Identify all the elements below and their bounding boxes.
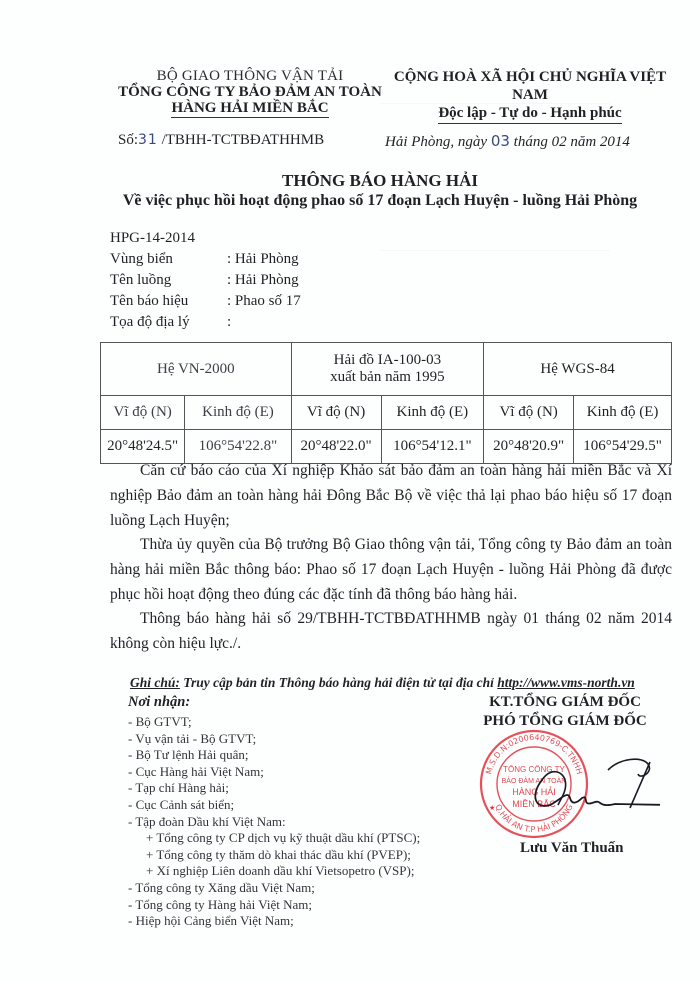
notice-subject: Về việc phục hồi hoạt động phao số 17 đo… [90,191,670,211]
note-label: Ghi chú: [130,675,180,690]
date-suffix: tháng 02 năm 2014 [514,134,630,150]
list-item: - Tổng công ty Xăng dầu Việt Nam; [128,880,420,897]
coordinates-table: Hệ VN-2000 Hải đồ IA-100-03 xuất bản năm… [100,342,672,464]
recipients-title: Nơi nhận: [128,694,190,711]
info-value: : Phao số 17 [227,291,301,312]
table-column-header-row: Vĩ độ (N) Kinh độ (E) Vĩ độ (N) Kinh độ … [101,396,672,430]
info-row: Tên luồng : Hải Phòng [110,270,301,291]
recipients-list: - Bộ GTVT; - Vụ vận tải - Bộ GTVT; - Bộ … [128,714,420,930]
body-paragraph-1: Căn cứ báo cáo của Xí nghiệp Khảo sát bả… [110,458,672,533]
list-item: - Hiệp hội Cảng biển Việt Nam; [128,913,420,930]
republic-title: CỘNG HOÀ XÃ HỘI CHỦ NGHĨA VIỆT NAM [380,68,680,104]
body-paragraph-2: Thừa ủy quyền của Bộ trưởng Bộ Giao thôn… [110,532,672,607]
info-label: Tọa độ địa lý [110,312,227,333]
notice-main-title: THÔNG BÁO HÀNG HẢI [90,171,670,191]
list-item: - Cục Cảnh sát biển; [128,797,420,814]
issuer-header: BỘ GIAO THÔNG VẬN TẢI TỔNG CÔNG TY BẢO Đ… [100,68,400,118]
list-sub-item: + Xí nghiệp Liên doanh dầu khí Vietsopet… [128,863,420,880]
note-line: Ghi chú: Truy cập bản tin Thông báo hàng… [130,675,635,691]
column-header: Vĩ độ (N) [101,396,185,430]
info-value: : [227,312,231,333]
list-item: - Cục Hàng hải Việt Nam; [128,764,420,781]
info-value: : Hải Phòng [227,270,299,291]
signer-name: Lưu Văn Thuấn [520,840,624,857]
note-text: Truy cập bản tin Thông báo hàng hải điện… [180,675,497,690]
info-value: : Hải Phòng [227,249,299,270]
paragraph-text: Căn cứ báo cáo của Xí nghiệp Khảo sát bả… [110,462,672,529]
column-header: Vĩ độ (N) [291,396,381,430]
list-item: - Bộ Tư lệnh Hải quân; [128,747,420,764]
list-item: - Vụ vận tải - Bộ GTVT; [128,731,420,748]
signature-block: KT.TỔNG GIÁM ĐỐC PHÓ TỔNG GIÁM ĐỐC [450,693,680,731]
group-header-vn2000: Hệ VN-2000 [101,343,292,396]
company-name-line1: TỔNG CÔNG TY BẢO ĐẢM AN TOÀN [100,84,400,100]
chart-label-line1: Hải đồ IA-100-03 [292,352,484,369]
column-header: Vĩ độ (N) [484,396,574,430]
group-header-wgs84: Hệ WGS-84 [484,343,672,396]
chart-label-line2: xuất bản năm 1995 [292,369,484,386]
list-item: - Bộ GTVT; [128,714,420,731]
list-item: - Tạp chí Hàng hải; [128,780,420,797]
website-link[interactable]: http://www.vms-north.vn [497,675,635,690]
doc-number-handwritten: 31 [138,132,158,148]
document-number: Số:31 /TBHH-TCTBĐATHHMB [118,132,324,149]
info-row: Tên báo hiệu : Phao số 17 [110,291,301,312]
document-date: Hải Phòng, ngày 03 tháng 02 năm 2014 [385,132,630,151]
notice-title: THÔNG BÁO HÀNG HẢI Về việc phục hồi hoạt… [90,171,670,211]
national-motto: Độc lập - Tự do - Hạnh phúc [438,104,621,124]
column-header: Kinh độ (E) [381,396,484,430]
info-label: Tên luồng [110,270,227,291]
company-name-line2: HÀNG HẢI MIỀN BẮC [171,100,328,118]
doc-number-prefix: Số: [118,132,138,148]
group-header-chart: Hải đồ IA-100-03 xuất bản năm 1995 [291,343,484,396]
list-sub-item: + Tổng công ty thăm dò khai thác dầu khí… [128,847,420,864]
table-group-header-row: Hệ VN-2000 Hải đồ IA-100-03 xuất bản năm… [101,343,672,396]
list-sub-item: + Tổng công ty CP dịch vụ kỹ thuật dầu k… [128,830,420,847]
stamp-star-icon: ★ [489,804,495,812]
list-item: - Tổng công ty Hàng hải Việt Nam; [128,897,420,914]
notice-info: HPG-14-2014 Vùng biển : Hải Phòng Tên lu… [110,228,301,333]
show-through-line [380,250,610,251]
info-label: Vùng biển [110,249,227,270]
notice-code: HPG-14-2014 [110,228,301,249]
date-day-handwritten: 03 [491,132,510,150]
info-label: Tên báo hiệu [110,291,227,312]
date-prefix: Hải Phòng, ngày [385,134,487,150]
column-header: Kinh độ (E) [185,396,291,430]
handwritten-signature [520,750,660,830]
ministry-name: BỘ GIAO THÔNG VẬN TẢI [100,68,400,84]
list-item: - Tập đoàn Dầu khí Việt Nam: [128,814,420,831]
signature-title-line1: KT.TỔNG GIÁM ĐỐC [450,693,680,712]
paragraph-text: Thừa ủy quyền của Bộ trưởng Bộ Giao thôn… [110,536,672,603]
paragraph-text: Thông báo hàng hải số 29/TBHH-TCTBĐATHHM… [110,610,672,652]
national-header: CỘNG HOÀ XÃ HỘI CHỦ NGHĨA VIỆT NAM Độc l… [380,68,680,124]
column-header: Kinh độ (E) [574,396,672,430]
body-paragraph-3: Thông báo hàng hải số 29/TBHH-TCTBĐATHHM… [110,606,672,656]
info-row: Tọa độ địa lý : [110,312,301,333]
info-row: Vùng biển : Hải Phòng [110,249,301,270]
doc-number-suffix: /TBHH-TCTBĐATHHMB [162,132,325,148]
